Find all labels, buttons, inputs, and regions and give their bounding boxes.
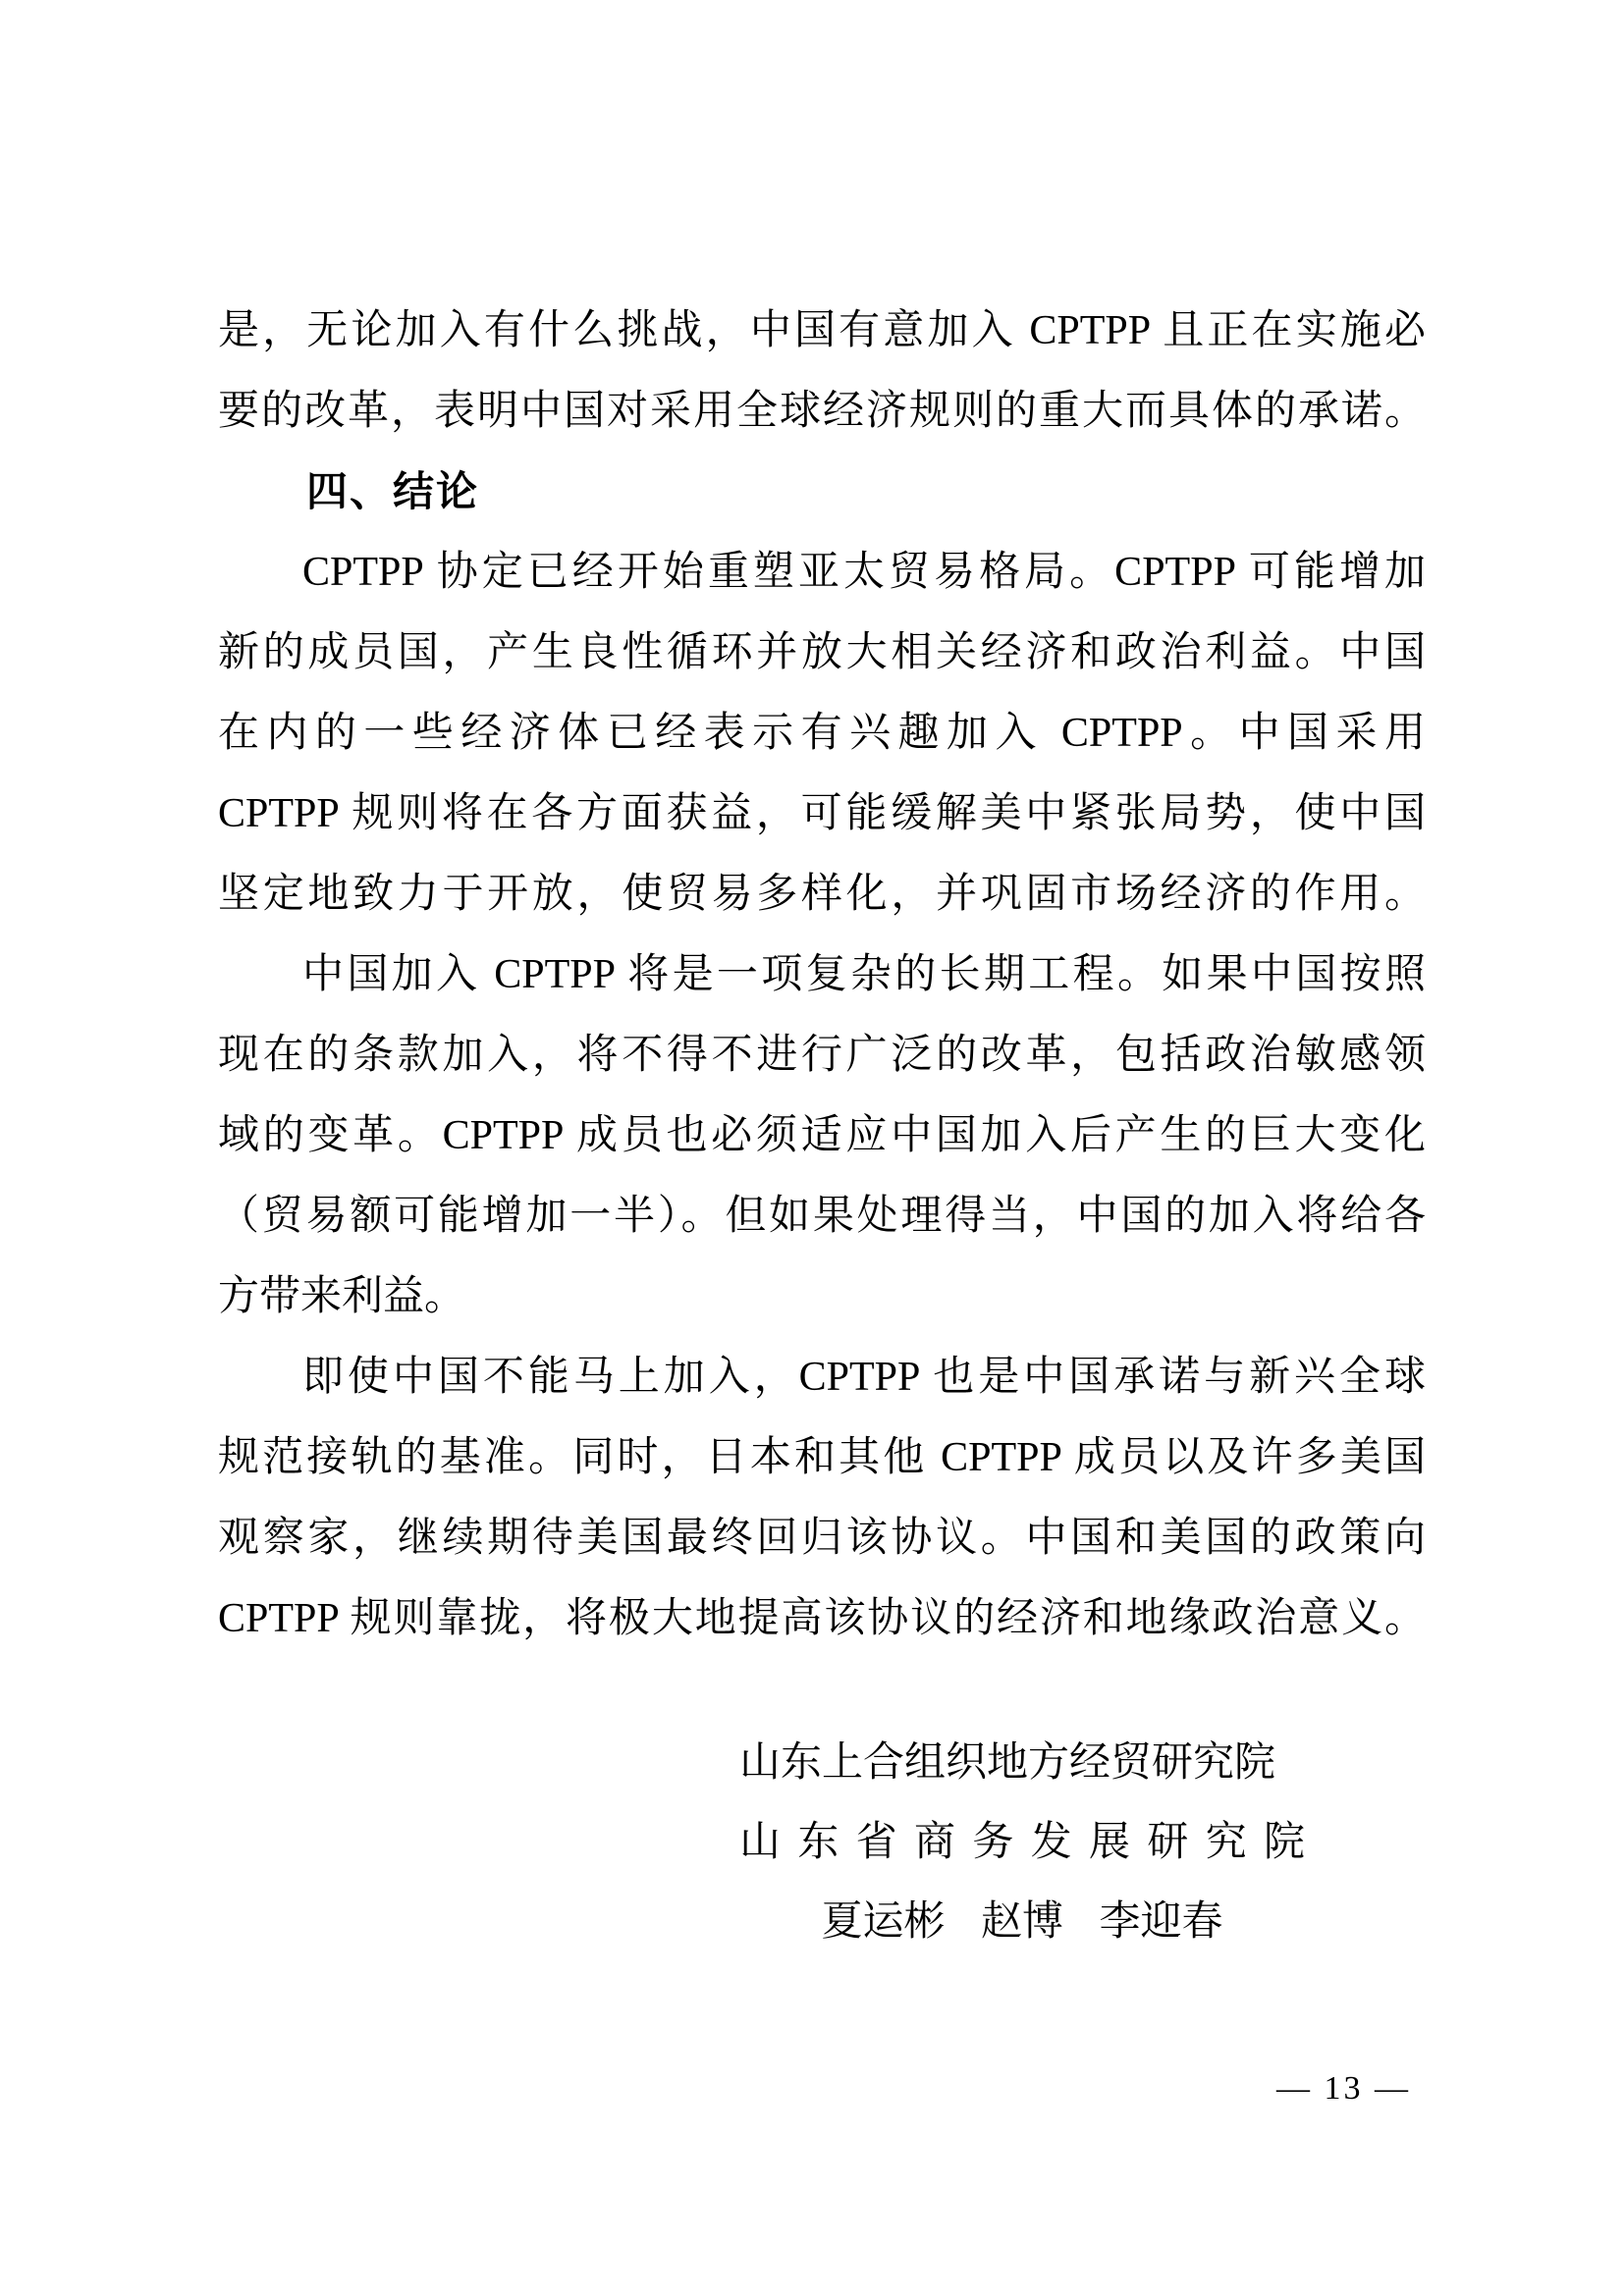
body-line: 在内的一些经济体已经表示有兴趣加入 CPTPP。中国采用 <box>218 693 1426 774</box>
signature-block: 山东上合组织地方经贸研究院 山东省商务发展研究院 夏运彬 赵博 李迎春 <box>739 1724 1305 1962</box>
body-line: 中国加入 CPTPP 将是一项复杂的长期工程。如果中国按照 <box>218 934 1426 1015</box>
body-line: 现在的条款加入，将不得不进行广泛的改革，包括政治敏感领 <box>218 1015 1426 1095</box>
body-line: 域的变革。CPTPP 成员也必须适应中国加入后产生的巨大变化 <box>218 1095 1426 1176</box>
body-line: CPTPP 规则靠拢，将极大地提高该协议的经济和地缘政治意义。 <box>218 1578 1426 1659</box>
body-line: 坚定地致力于开放，使贸易多样化，并巩固市场经济的作用。 <box>218 854 1426 934</box>
body-line: 观察家，继续期待美国最终回归该协议。中国和美国的政策向 <box>218 1498 1426 1578</box>
body-line: 是，无论加入有什么挑战，中国有意加入 CPTPP 且正在实施必 <box>218 291 1426 371</box>
body-line: 新的成员国，产生良性循环并放大相关经济和政治利益。中国 <box>218 613 1426 693</box>
section-heading: 四、结论 <box>218 452 1426 532</box>
body-line: CPTPP 协定已经开始重塑亚太贸易格局。CPTPP 可能增加 <box>218 532 1426 613</box>
body-line: 要的改革，表明中国对采用全球经济规则的重大而具体的承诺。 <box>218 371 1426 452</box>
document-body: 是，无论加入有什么挑战，中国有意加入 CPTPP 且正在实施必 要的改革，表明中… <box>218 291 1426 1659</box>
document-page: 是，无论加入有什么挑战，中国有意加入 CPTPP 且正在实施必 要的改革，表明中… <box>0 0 1624 2296</box>
body-line: 规范接轨的基准。同时，日本和其他 CPTPP 成员以及许多美国 <box>218 1417 1426 1498</box>
body-line: CPTPP 规则将在各方面获益，可能缓解美中紧张局势，使中国 <box>218 774 1426 854</box>
body-line: 即使中国不能马上加入，CPTPP 也是中国承诺与新兴全球 <box>218 1337 1426 1417</box>
signature-org-primary: 山东上合组织地方经贸研究院 <box>739 1724 1305 1803</box>
signature-authors: 夏运彬 赵博 李迎春 <box>739 1883 1305 1962</box>
signature-org-secondary: 山东省商务发展研究院 <box>739 1803 1305 1883</box>
body-line: （贸易额可能增加一半）。但如果处理得当，中国的加入将给各 <box>218 1176 1426 1256</box>
body-line: 方带来利益。 <box>218 1256 1426 1337</box>
page-number: — 13 — <box>1276 2067 1411 2110</box>
